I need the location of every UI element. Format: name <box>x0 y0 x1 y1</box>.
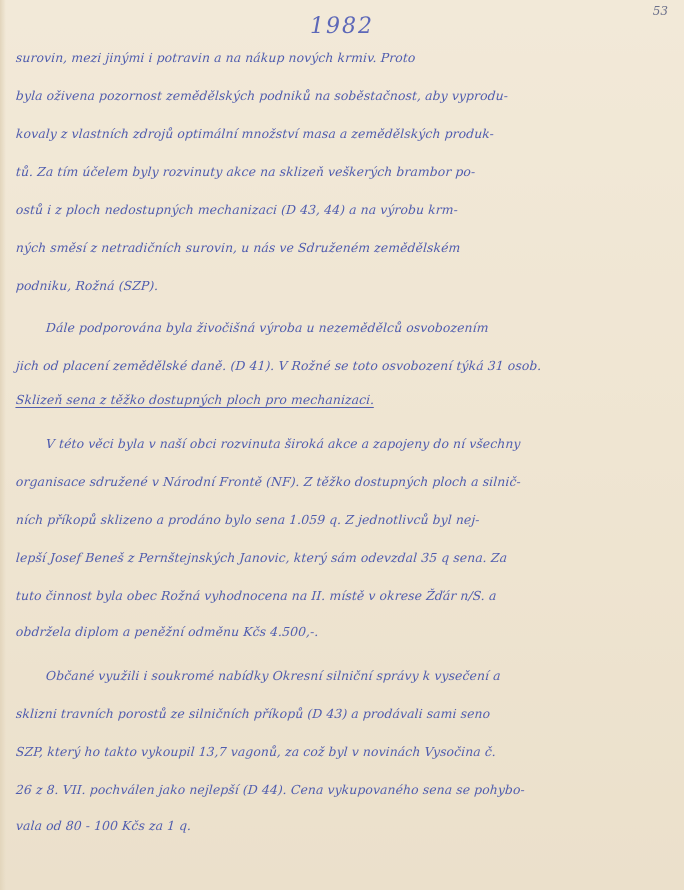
text-line: obdržela diplom a peněžní odměnu Kčs 4.5… <box>15 624 644 639</box>
text-line: ostů i z ploch nedostupných mechanizaci … <box>15 202 644 217</box>
text-line: surovin, mezi jinými i potravin a na nák… <box>15 50 644 65</box>
text-line: SZP, který ho takto vykoupil 13,7 vagonů… <box>15 744 644 759</box>
text-line: jich od placení zemědělské daně. (D 41).… <box>15 358 644 373</box>
text-line: vala od 80 - 100 Kčs za 1 q. <box>15 818 644 833</box>
text-line: podniku, Rožná (SZP). <box>15 278 644 293</box>
text-line: lepší Josef Beneš z Pernštejnských Janov… <box>15 550 644 565</box>
text-line: ných směsí z netradičních surovin, u nás… <box>15 240 644 255</box>
text-line: kovaly z vlastních zdrojů optimální množ… <box>15 126 644 141</box>
paragraph-start: V této věci byla v naší obci rozvinuta š… <box>15 436 644 451</box>
year-heading: 1982 <box>0 14 684 39</box>
text-line: byla oživena pozornost zemědělských podn… <box>15 88 644 103</box>
text-line: tů. Za tím účelem byly rozvinuty akce na… <box>15 164 644 179</box>
section-heading: Sklizeň sena z těžko dostupných ploch pr… <box>15 392 644 407</box>
text-line: sklizni travních porostů ze silničních p… <box>15 706 644 721</box>
text-line: ních příkopů sklizeno a prodáno bylo sen… <box>15 512 644 527</box>
manuscript-page: 53 1982 surovin, mezi jinými i potravin … <box>0 0 684 890</box>
paragraph-start: Občané využili i soukromé nabídky Okresn… <box>15 668 644 683</box>
text-line: 26 z 8. VII. pochválen jako nejlepší (D … <box>15 782 644 797</box>
text-line: organisace sdružené v Národní Frontě (NF… <box>15 474 644 489</box>
text-line: tuto činnost byla obec Rožná vyhodnocena… <box>15 588 644 603</box>
paragraph-start: Dále podporována byla živočišná výroba u… <box>15 320 644 335</box>
